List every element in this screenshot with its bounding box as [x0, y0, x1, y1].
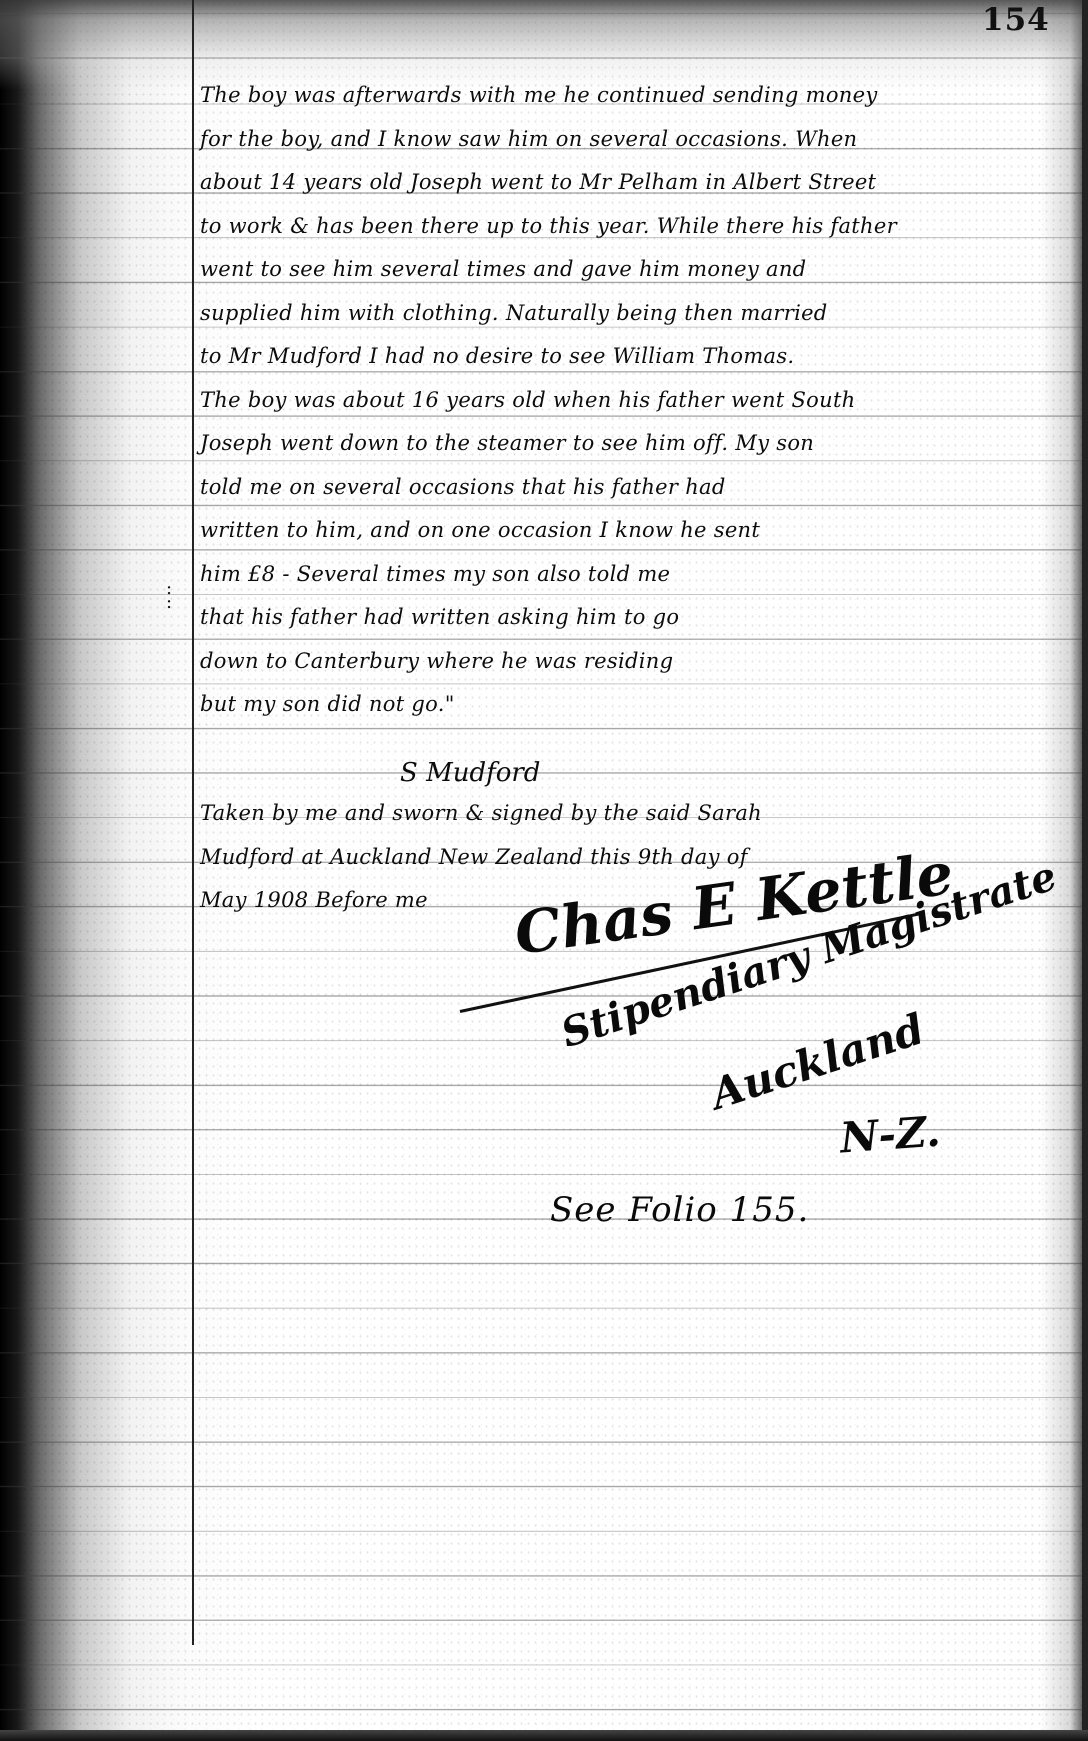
statement-line: The boy was afterwards with me he contin…: [200, 74, 1050, 118]
margin-rule: [192, 0, 194, 1645]
statement-line: to Mr Mudford I had no desire to see Wil…: [200, 335, 1050, 379]
statement-line: Joseph went down to the steamer to see h…: [200, 422, 1050, 466]
statement-line: for the boy, and I know saw him on sever…: [200, 118, 1050, 162]
bottom-page-edge: [0, 1730, 1088, 1741]
cross-reference-note: See Folio 155.: [550, 1190, 809, 1230]
scanned-page: 154 :: The boy was afterwards with me he…: [0, 0, 1088, 1741]
folio-number: 154: [982, 2, 1050, 38]
jurat-line: Taken by me and sworn & signed by the sa…: [200, 792, 1050, 836]
statement-line: went to see him several times and gave h…: [200, 248, 1050, 292]
statement-line: that his father had written asking him t…: [200, 596, 1050, 640]
magistrate-country: N-Z.: [838, 1107, 942, 1163]
statement-line: written to him, and on one occasion I kn…: [200, 509, 1050, 553]
statement-line: The boy was about 16 years old when his …: [200, 379, 1050, 423]
statement-line: down to Canterbury where he was residing: [200, 640, 1050, 684]
statement-line: supplied him with clothing. Naturally be…: [200, 292, 1050, 336]
deponent-signature: S Mudford: [400, 758, 540, 788]
margin-marks: ::: [166, 582, 172, 610]
statement-line: but my son did not go.": [200, 683, 1050, 727]
statement-body: The boy was afterwards with me he contin…: [200, 74, 1050, 727]
statement-line: him £8 - Several times my son also told …: [200, 553, 1050, 597]
statement-line: told me on several occasions that his fa…: [200, 466, 1050, 510]
right-page-edge: [1082, 0, 1088, 1741]
statement-line: about 14 years old Joseph went to Mr Pel…: [200, 161, 1050, 205]
statement-line: to work & has been there up to this year…: [200, 205, 1050, 249]
